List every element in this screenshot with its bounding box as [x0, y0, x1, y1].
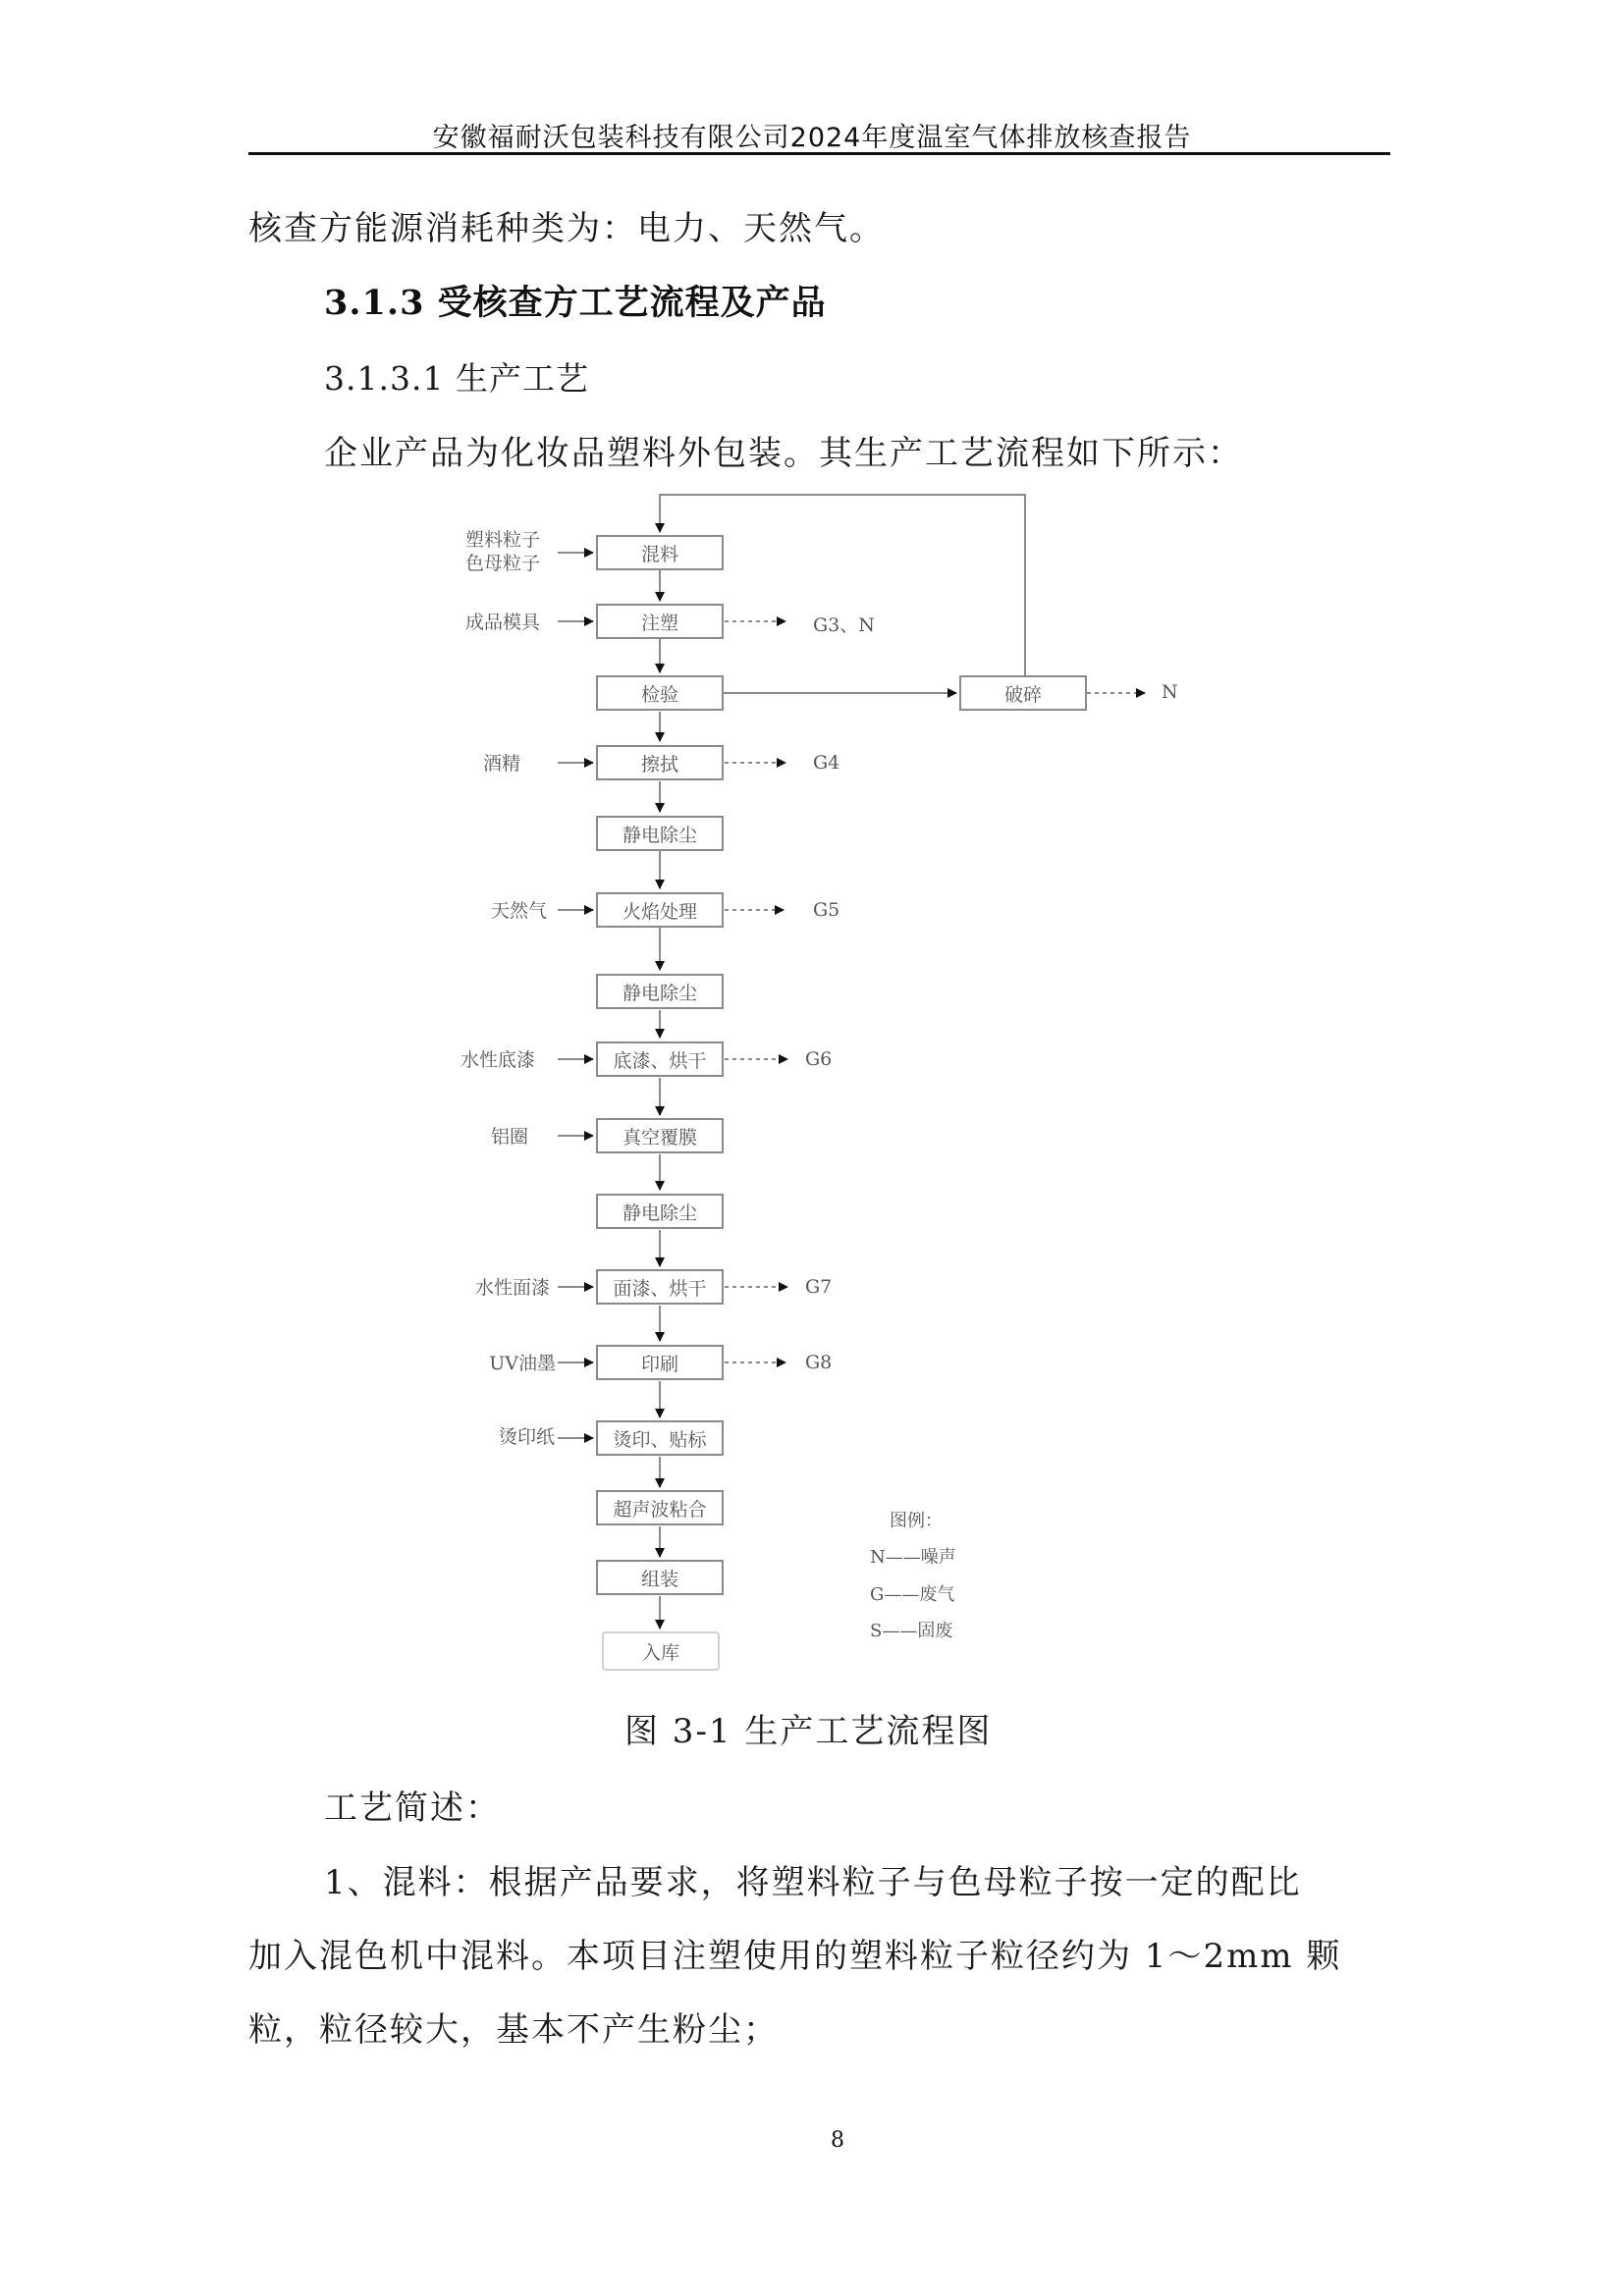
flow-step-electrostatic-dust-removal: 静电除尘 — [596, 974, 724, 1009]
flow-step-crushing: 破碎 — [959, 675, 1087, 711]
flow-step-inspection: 检验 — [596, 675, 724, 711]
flow-step-ultrasonic-bonding: 超声波粘合 — [596, 1490, 724, 1525]
flow-step-warehousing: 入库 — [602, 1631, 720, 1671]
page-number: 8 — [831, 2128, 844, 2153]
legend-item-exhaust-gas: G——废气 — [870, 1576, 954, 1613]
flow-step-injection-molding: 注塑 — [596, 604, 724, 639]
input-label-topcoat: 水性面漆 — [412, 1276, 550, 1300]
output-label-printing: G8 — [805, 1352, 832, 1373]
input-label-wiping: 酒精 — [383, 752, 520, 775]
flow-step-wiping: 擦拭 — [596, 745, 724, 780]
crushing-output-label: N — [1162, 681, 1178, 703]
legend-item-noise: N——噪声 — [870, 1539, 956, 1575]
input-label-vacuum: 铝圈 — [391, 1125, 528, 1148]
process-summary-title: 工艺简述： — [324, 1781, 501, 1829]
legend-item-solid-waste: S——固废 — [870, 1613, 952, 1649]
paragraph-1-line-3: 粒，粒径较大，基本不产生粉尘； — [248, 2002, 779, 2051]
flow-step-flame-treatment: 火焰处理 — [596, 892, 724, 928]
figure-caption: 图 3-1 生产工艺流程图 — [624, 1704, 992, 1752]
output-label-primer: G6 — [805, 1048, 832, 1070]
flow-step-assembly: 组装 — [596, 1560, 724, 1595]
legend-title: 图例： — [890, 1503, 943, 1539]
input-label-primer: 水性底漆 — [398, 1048, 535, 1072]
input-label-stamping: 烫印纸 — [417, 1425, 555, 1449]
input-label-mixing: 塑料粒子 色母粒子 — [403, 528, 540, 575]
flow-step-electrostatic-dust-removal: 静电除尘 — [596, 1194, 724, 1229]
paragraph-1-line-2: 加入混色机中混料。本项目注塑使用的塑料粒子粒径约为 1～2mm 颗 — [248, 1929, 1341, 1977]
process-flowchart: 混料 注塑 检验 擦拭 静电除尘 火焰处理 静电除尘 底漆、烘干 真空覆膜 静电… — [0, 0, 1624, 1688]
input-label-flame: 天然气 — [409, 899, 547, 923]
flow-step-hot-stamping-labeling: 烫印、贴标 — [596, 1420, 724, 1456]
input-label-injection: 成品模具 — [403, 611, 540, 634]
flow-step-mixing: 混料 — [596, 535, 724, 570]
input-label-printing: UV油墨 — [418, 1352, 556, 1375]
flowchart-connectors — [0, 0, 1624, 1688]
flow-step-vacuum-coating: 真空覆膜 — [596, 1118, 724, 1153]
paragraph-1-line-1: 1、混料：根据产品要求，将塑料粒子与色母粒子按一定的配比 — [324, 1855, 1302, 1903]
flow-step-primer-drying: 底漆、烘干 — [596, 1041, 724, 1077]
flow-step-topcoat-drying: 面漆、烘干 — [596, 1269, 724, 1305]
flow-step-electrostatic-dust-removal: 静电除尘 — [596, 816, 724, 851]
output-label-flame: G5 — [813, 899, 839, 921]
output-label-topcoat: G7 — [805, 1276, 832, 1298]
output-label-wiping: G4 — [813, 752, 839, 774]
flow-step-printing: 印刷 — [596, 1345, 724, 1380]
output-label-injection: G3、N — [813, 611, 875, 637]
